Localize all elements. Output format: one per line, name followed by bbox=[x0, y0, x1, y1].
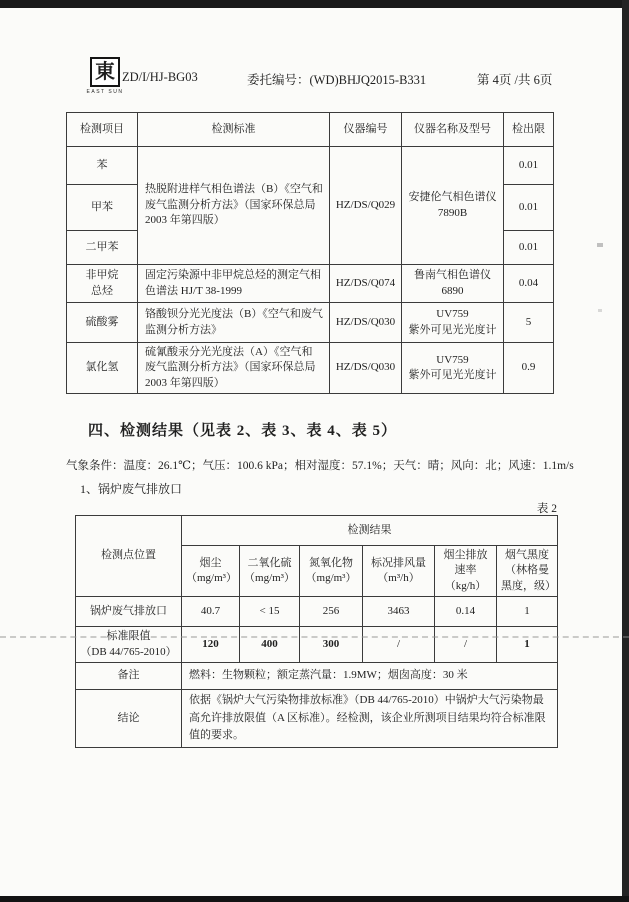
cell-limit: 0.04 bbox=[504, 265, 554, 303]
table2-label: 表 2 bbox=[510, 500, 557, 516]
cell-location: 锅炉废气排放口 bbox=[76, 597, 182, 627]
scan-edge-bottom bbox=[0, 896, 629, 902]
col-header-item: 检测项目 bbox=[67, 113, 138, 147]
col-header-instrument-name: 仪器名称及型号 bbox=[402, 113, 504, 147]
cell-item: 氯化氢 bbox=[67, 343, 138, 394]
cell-instrument-no: HZ/DS/Q074 bbox=[330, 265, 402, 303]
group-header-results: 检测结果 bbox=[182, 516, 558, 546]
cell-instrument-name: 安捷伦气相色谱仪 7890B bbox=[402, 147, 504, 265]
table-row-benzene: 苯 热脱附进样气相色谱法（B）《空气和废气监测分析方法》（国家环保总局 2003… bbox=[67, 147, 554, 185]
cell-value-blackness: 1 bbox=[497, 597, 558, 627]
scan-speck bbox=[597, 243, 603, 247]
cell-item: 非甲烷 总烃 bbox=[67, 265, 138, 303]
col-header-detection-limit: 检出限 bbox=[504, 113, 554, 147]
results-group-header-row: 检测点位置 检测结果 bbox=[76, 516, 558, 546]
method-table: 检测项目 检测标准 仪器编号 仪器名称及型号 检出限 苯 热脱附进样气相色谱法（… bbox=[66, 112, 554, 394]
cell-method: 铬酸钡分光光度法（B）《空气和废气监测分析方法》 bbox=[138, 303, 330, 343]
subheader-blackness: 烟气黑度 （林格曼 黑度，级） bbox=[497, 546, 558, 597]
cell-item: 二甲苯 bbox=[67, 231, 138, 265]
cell-instrument-name: UV759 紫外可见光光度计 bbox=[402, 303, 504, 343]
subheader-so2: 二氧化硫 （mg/m³） bbox=[240, 546, 300, 597]
cell-method: 硫氰酸汞分光光度法（A）《空气和废气监测分析方法》（国家环保总局 2003 年第… bbox=[138, 343, 330, 394]
report-page: 東 EAST SUN ZD/I/HJ-BG03 委托编号：(WD)BHJQ201… bbox=[0, 0, 629, 902]
results-table: 检测点位置 检测结果 烟尘 （mg/m³） 二氧化硫 （mg/m³） 氮氧化物 … bbox=[75, 515, 558, 748]
cell-conclusion-label: 结论 bbox=[76, 689, 182, 747]
cell-instrument-name: 鲁南气相色谱仪 6890 bbox=[402, 265, 504, 303]
table-row-nmhc: 非甲烷 总烃 固定污染源中非甲烷总烃的测定气相色谱法 HJ/T 38-1999 … bbox=[67, 265, 554, 303]
table-row-measured: 锅炉废气排放口 40.7 < 15 256 3463 0.14 1 bbox=[76, 597, 558, 627]
table-row-hcl: 氯化氢 硫氰酸汞分光光度法（A）《空气和废气监测分析方法》（国家环保总局 200… bbox=[67, 343, 554, 394]
cell-instrument-no: HZ/DS/Q030 bbox=[330, 303, 402, 343]
table-row-conclusion: 结论 依据《锅炉大气污染物排放标准》（DB 44/765-2010）中锅炉大气污… bbox=[76, 689, 558, 747]
cell-instrument-no: HZ/DS/Q030 bbox=[330, 343, 402, 394]
weather-conditions: 气象条件：温度：26.1℃；气压：100.6 kPa；相对湿度：57.1%；天气… bbox=[66, 457, 574, 473]
logo-glyph: 東 bbox=[90, 57, 120, 87]
east-sun-logo: 東 EAST SUN bbox=[84, 57, 126, 95]
subheader-dust: 烟尘 （mg/m³） bbox=[182, 546, 240, 597]
cell-value-flow: 3463 bbox=[363, 597, 435, 627]
cell-limit: 0.01 bbox=[504, 147, 554, 185]
table-row-standard-limit: 标准限值 （DB 44/765-2010） 120 400 300 / / 1 bbox=[76, 627, 558, 663]
col-header-standard: 检测标准 bbox=[138, 113, 330, 147]
cell-limit: 0.9 bbox=[504, 343, 554, 394]
section-title: 四、检测结果（见表 2、表 3、表 4、表 5） bbox=[88, 419, 397, 440]
logo-subtext: EAST SUN bbox=[84, 89, 126, 95]
scan-edge-top bbox=[0, 0, 629, 8]
cell-note-label: 备注 bbox=[76, 662, 182, 689]
scan-speck bbox=[598, 309, 602, 312]
method-table-header-row: 检测项目 检测标准 仪器编号 仪器名称及型号 检出限 bbox=[67, 113, 554, 147]
cell-limit: 0.01 bbox=[504, 185, 554, 231]
cell-item: 苯 bbox=[67, 147, 138, 185]
commission-number: 委托编号：(WD)BHJQ2015-B331 bbox=[247, 70, 426, 88]
subheader-flow: 标况排风量 （m³/h） bbox=[363, 546, 435, 597]
cell-item: 硫酸雾 bbox=[67, 303, 138, 343]
cell-value-dust: 40.7 bbox=[182, 597, 240, 627]
cell-method: 固定污染源中非甲烷总烃的测定气相色谱法 HJ/T 38-1999 bbox=[138, 265, 330, 303]
cell-limit-nox: 300 bbox=[300, 627, 363, 663]
cell-item: 甲苯 bbox=[67, 185, 138, 231]
scan-edge-right bbox=[622, 0, 629, 902]
col-header-instrument-no: 仪器编号 bbox=[330, 113, 402, 147]
cell-limit-dust-rate: / bbox=[435, 627, 497, 663]
table-row-sulfuric-mist: 硫酸雾 铬酸钡分光光度法（B）《空气和废气监测分析方法》 HZ/DS/Q030 … bbox=[67, 303, 554, 343]
cell-limit: 0.01 bbox=[504, 231, 554, 265]
cell-method: 热脱附进样气相色谱法（B）《空气和废气监测分析方法》（国家环保总局 2003 年… bbox=[138, 147, 330, 265]
cell-limit: 5 bbox=[504, 303, 554, 343]
cell-limit-blackness: 1 bbox=[497, 627, 558, 663]
cell-limit-dust: 120 bbox=[182, 627, 240, 663]
cell-conclusion-text: 依据《锅炉大气污染物排放标准》（DB 44/765-2010）中锅炉大气污染物最… bbox=[182, 689, 558, 747]
cell-limit-label: 标准限值 （DB 44/765-2010） bbox=[76, 627, 182, 663]
cell-value-nox: 256 bbox=[300, 597, 363, 627]
document-code: ZD/I/HJ-BG03 bbox=[122, 70, 198, 85]
cell-value-so2: < 15 bbox=[240, 597, 300, 627]
table-row-note: 备注 燃料：生物颗粒；额定蒸汽量：1.9MW；烟囱高度：30 米 bbox=[76, 662, 558, 689]
subsection-title: 1、锅炉废气排放口 bbox=[80, 480, 182, 497]
cell-instrument-no: HZ/DS/Q029 bbox=[330, 147, 402, 265]
cell-value-dust-rate: 0.14 bbox=[435, 597, 497, 627]
subheader-nox: 氮氧化物 （mg/m³） bbox=[300, 546, 363, 597]
subheader-dust-rate: 烟尘排放 速率 （kg/h） bbox=[435, 546, 497, 597]
cell-limit-flow: / bbox=[363, 627, 435, 663]
cell-instrument-name: UV759 紫外可见光光度计 bbox=[402, 343, 504, 394]
cell-limit-so2: 400 bbox=[240, 627, 300, 663]
cell-note-text: 燃料：生物颗粒；额定蒸汽量：1.9MW；烟囱高度：30 米 bbox=[182, 662, 558, 689]
corner-header-location: 检测点位置 bbox=[76, 516, 182, 597]
page-indicator: 第 4页 /共 6页 bbox=[477, 70, 552, 88]
